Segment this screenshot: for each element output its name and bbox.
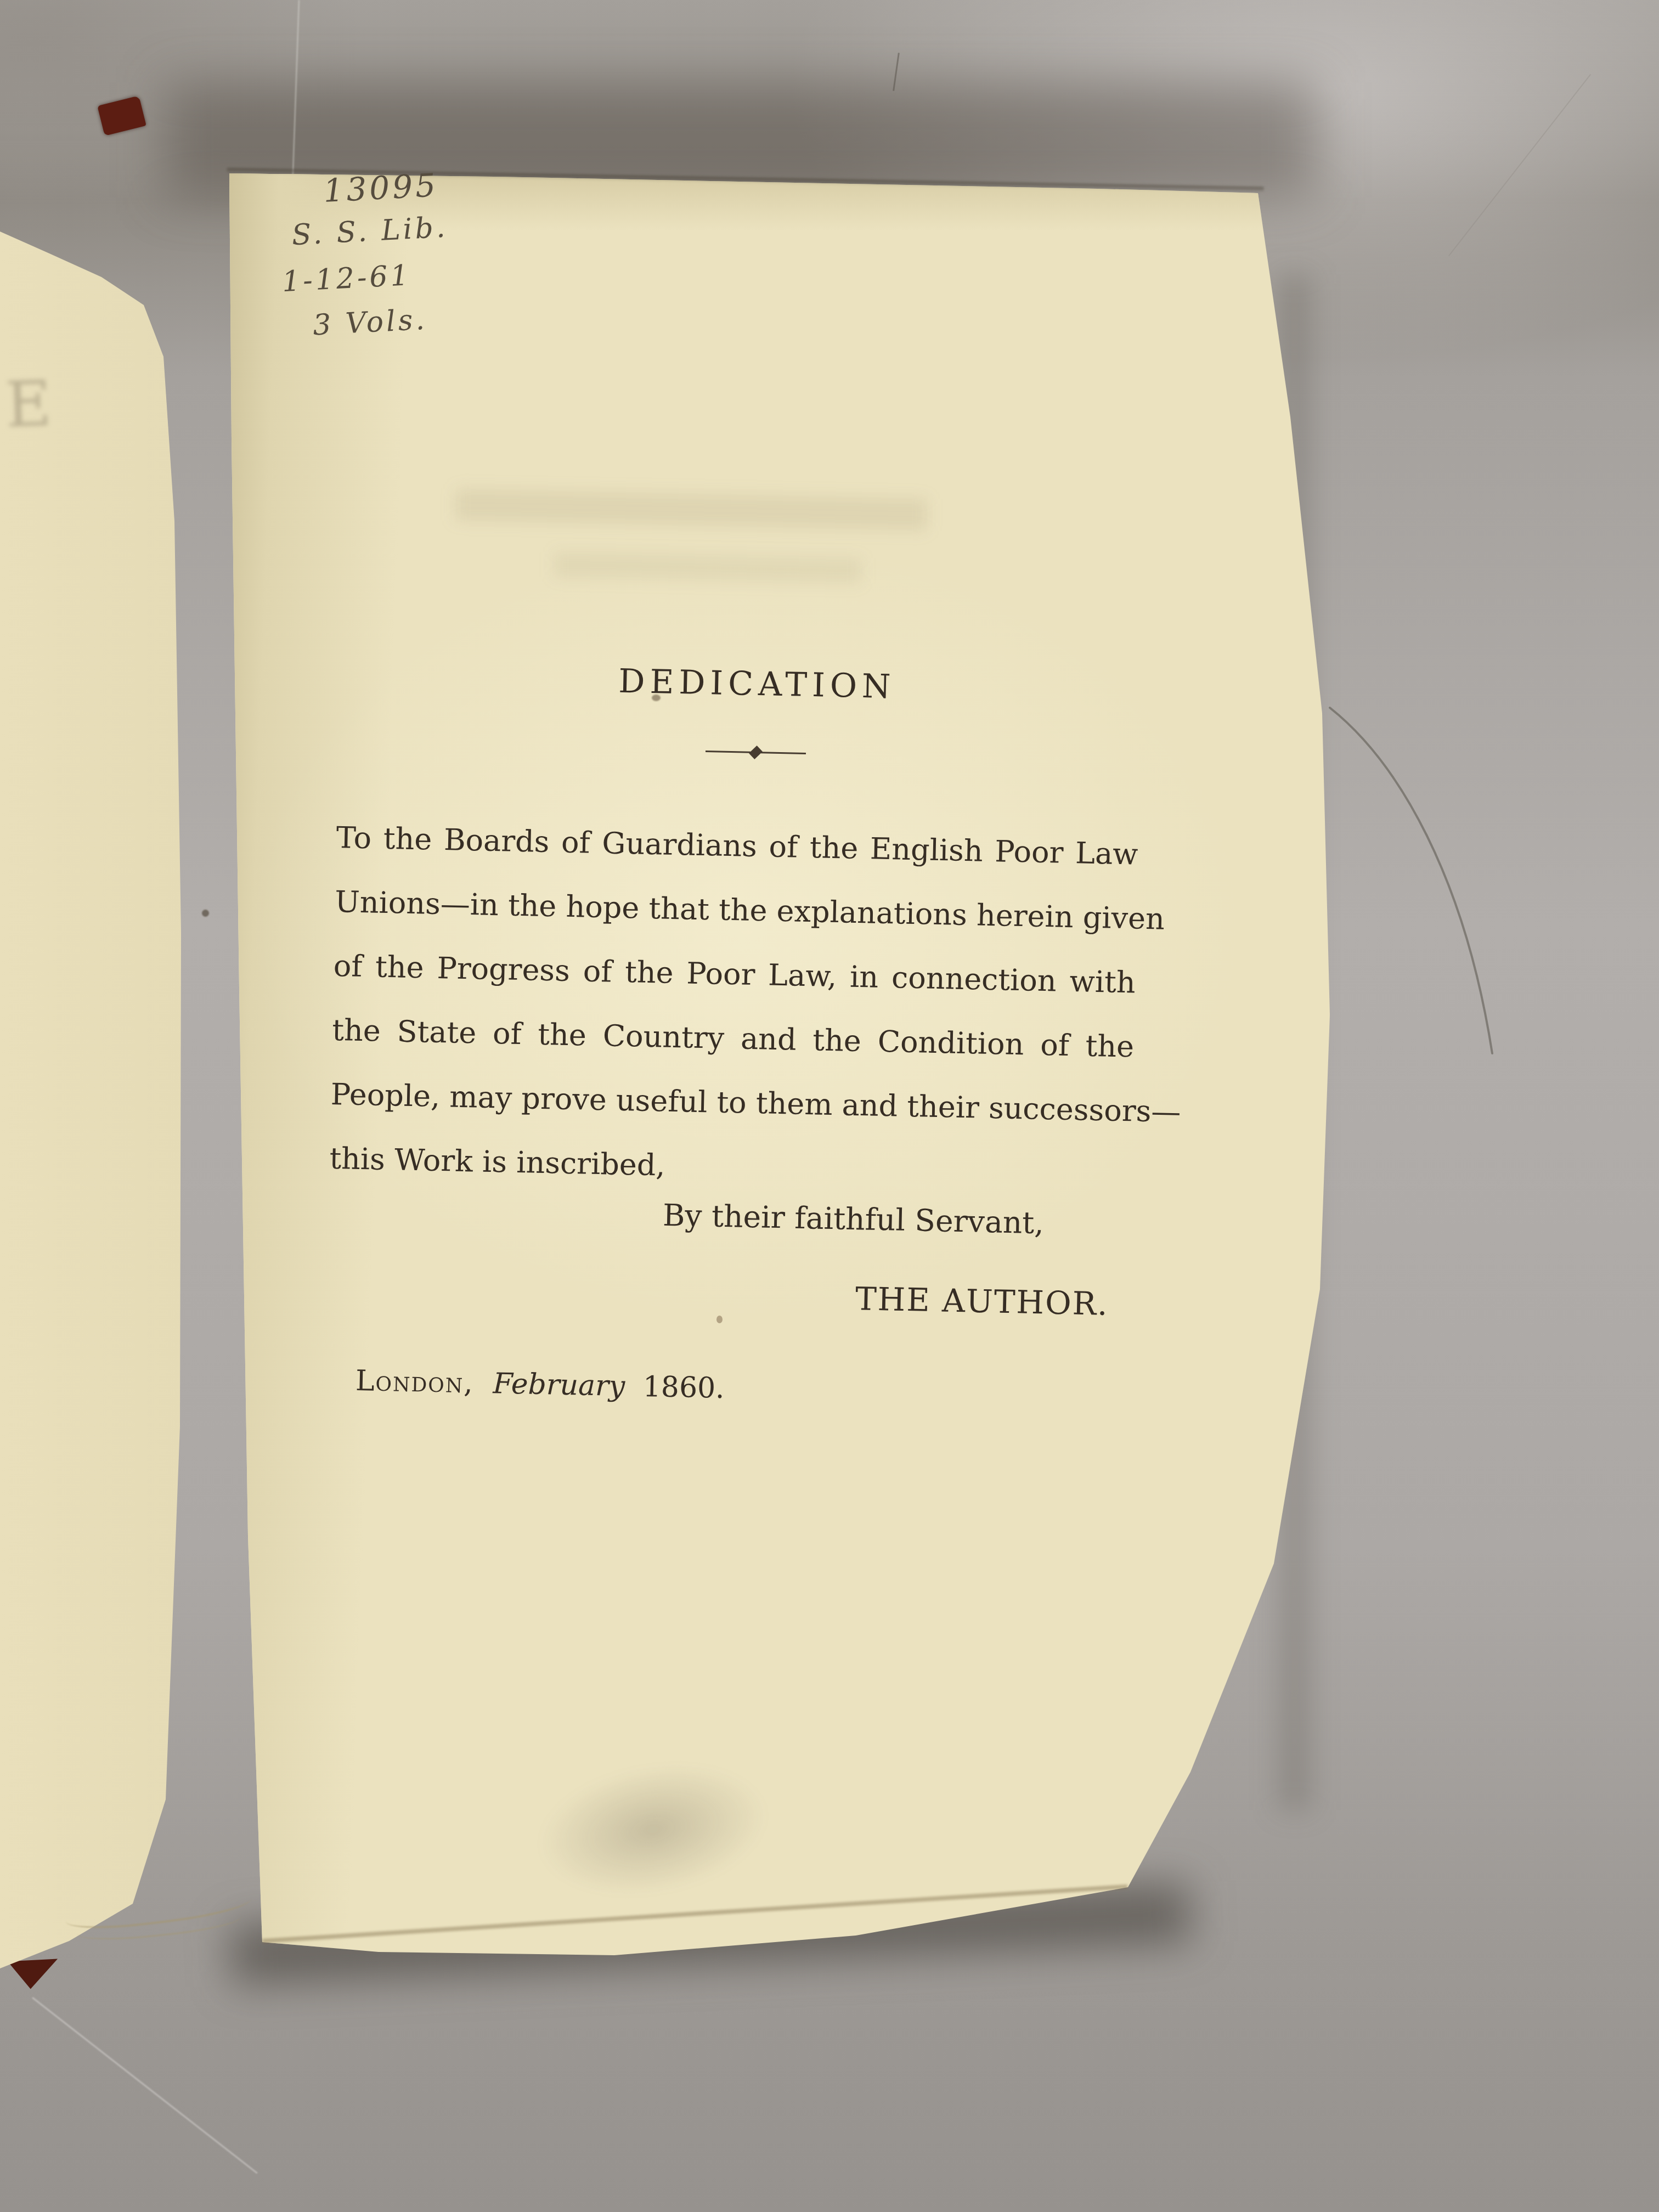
handwritten-volumes-note: 3 Vols. <box>312 303 428 342</box>
handwritten-date-note: 1-12-61 <box>281 259 412 298</box>
author-signature: THE AUTHOR. <box>855 1280 1109 1323</box>
imprint-month: February <box>493 1367 625 1403</box>
handwritten-library-note: S. S. Lib. <box>291 211 448 252</box>
book-photo: E 13095 S. S. Lib. 1-12-61 3 Vols. DEDIC… <box>0 0 1659 2212</box>
book-cover-spine-tip <box>97 95 146 136</box>
page-title: DEDICATION <box>614 662 900 707</box>
surface-scratch <box>32 1997 258 2174</box>
handwritten-notes: 13095 S. S. Lib. 1-12-61 3 Vols. <box>240 162 524 363</box>
ornament-rule-right <box>760 752 805 754</box>
ornament-diamond <box>749 746 763 759</box>
handwritten-accession-number: 13095 <box>323 166 439 210</box>
show-through-letter: E <box>4 367 53 442</box>
imprint-year: 1860. <box>642 1370 725 1405</box>
ornament-rule-left <box>705 751 750 753</box>
surface-scratch <box>1448 74 1591 256</box>
page-speck <box>716 1316 723 1323</box>
dedication-paragraph: To the Boards of Guardians of the Englis… <box>329 805 1138 1207</box>
hair-on-surface <box>1328 702 1514 1075</box>
imprint-place: London, <box>355 1364 474 1400</box>
page-speck <box>202 910 209 917</box>
